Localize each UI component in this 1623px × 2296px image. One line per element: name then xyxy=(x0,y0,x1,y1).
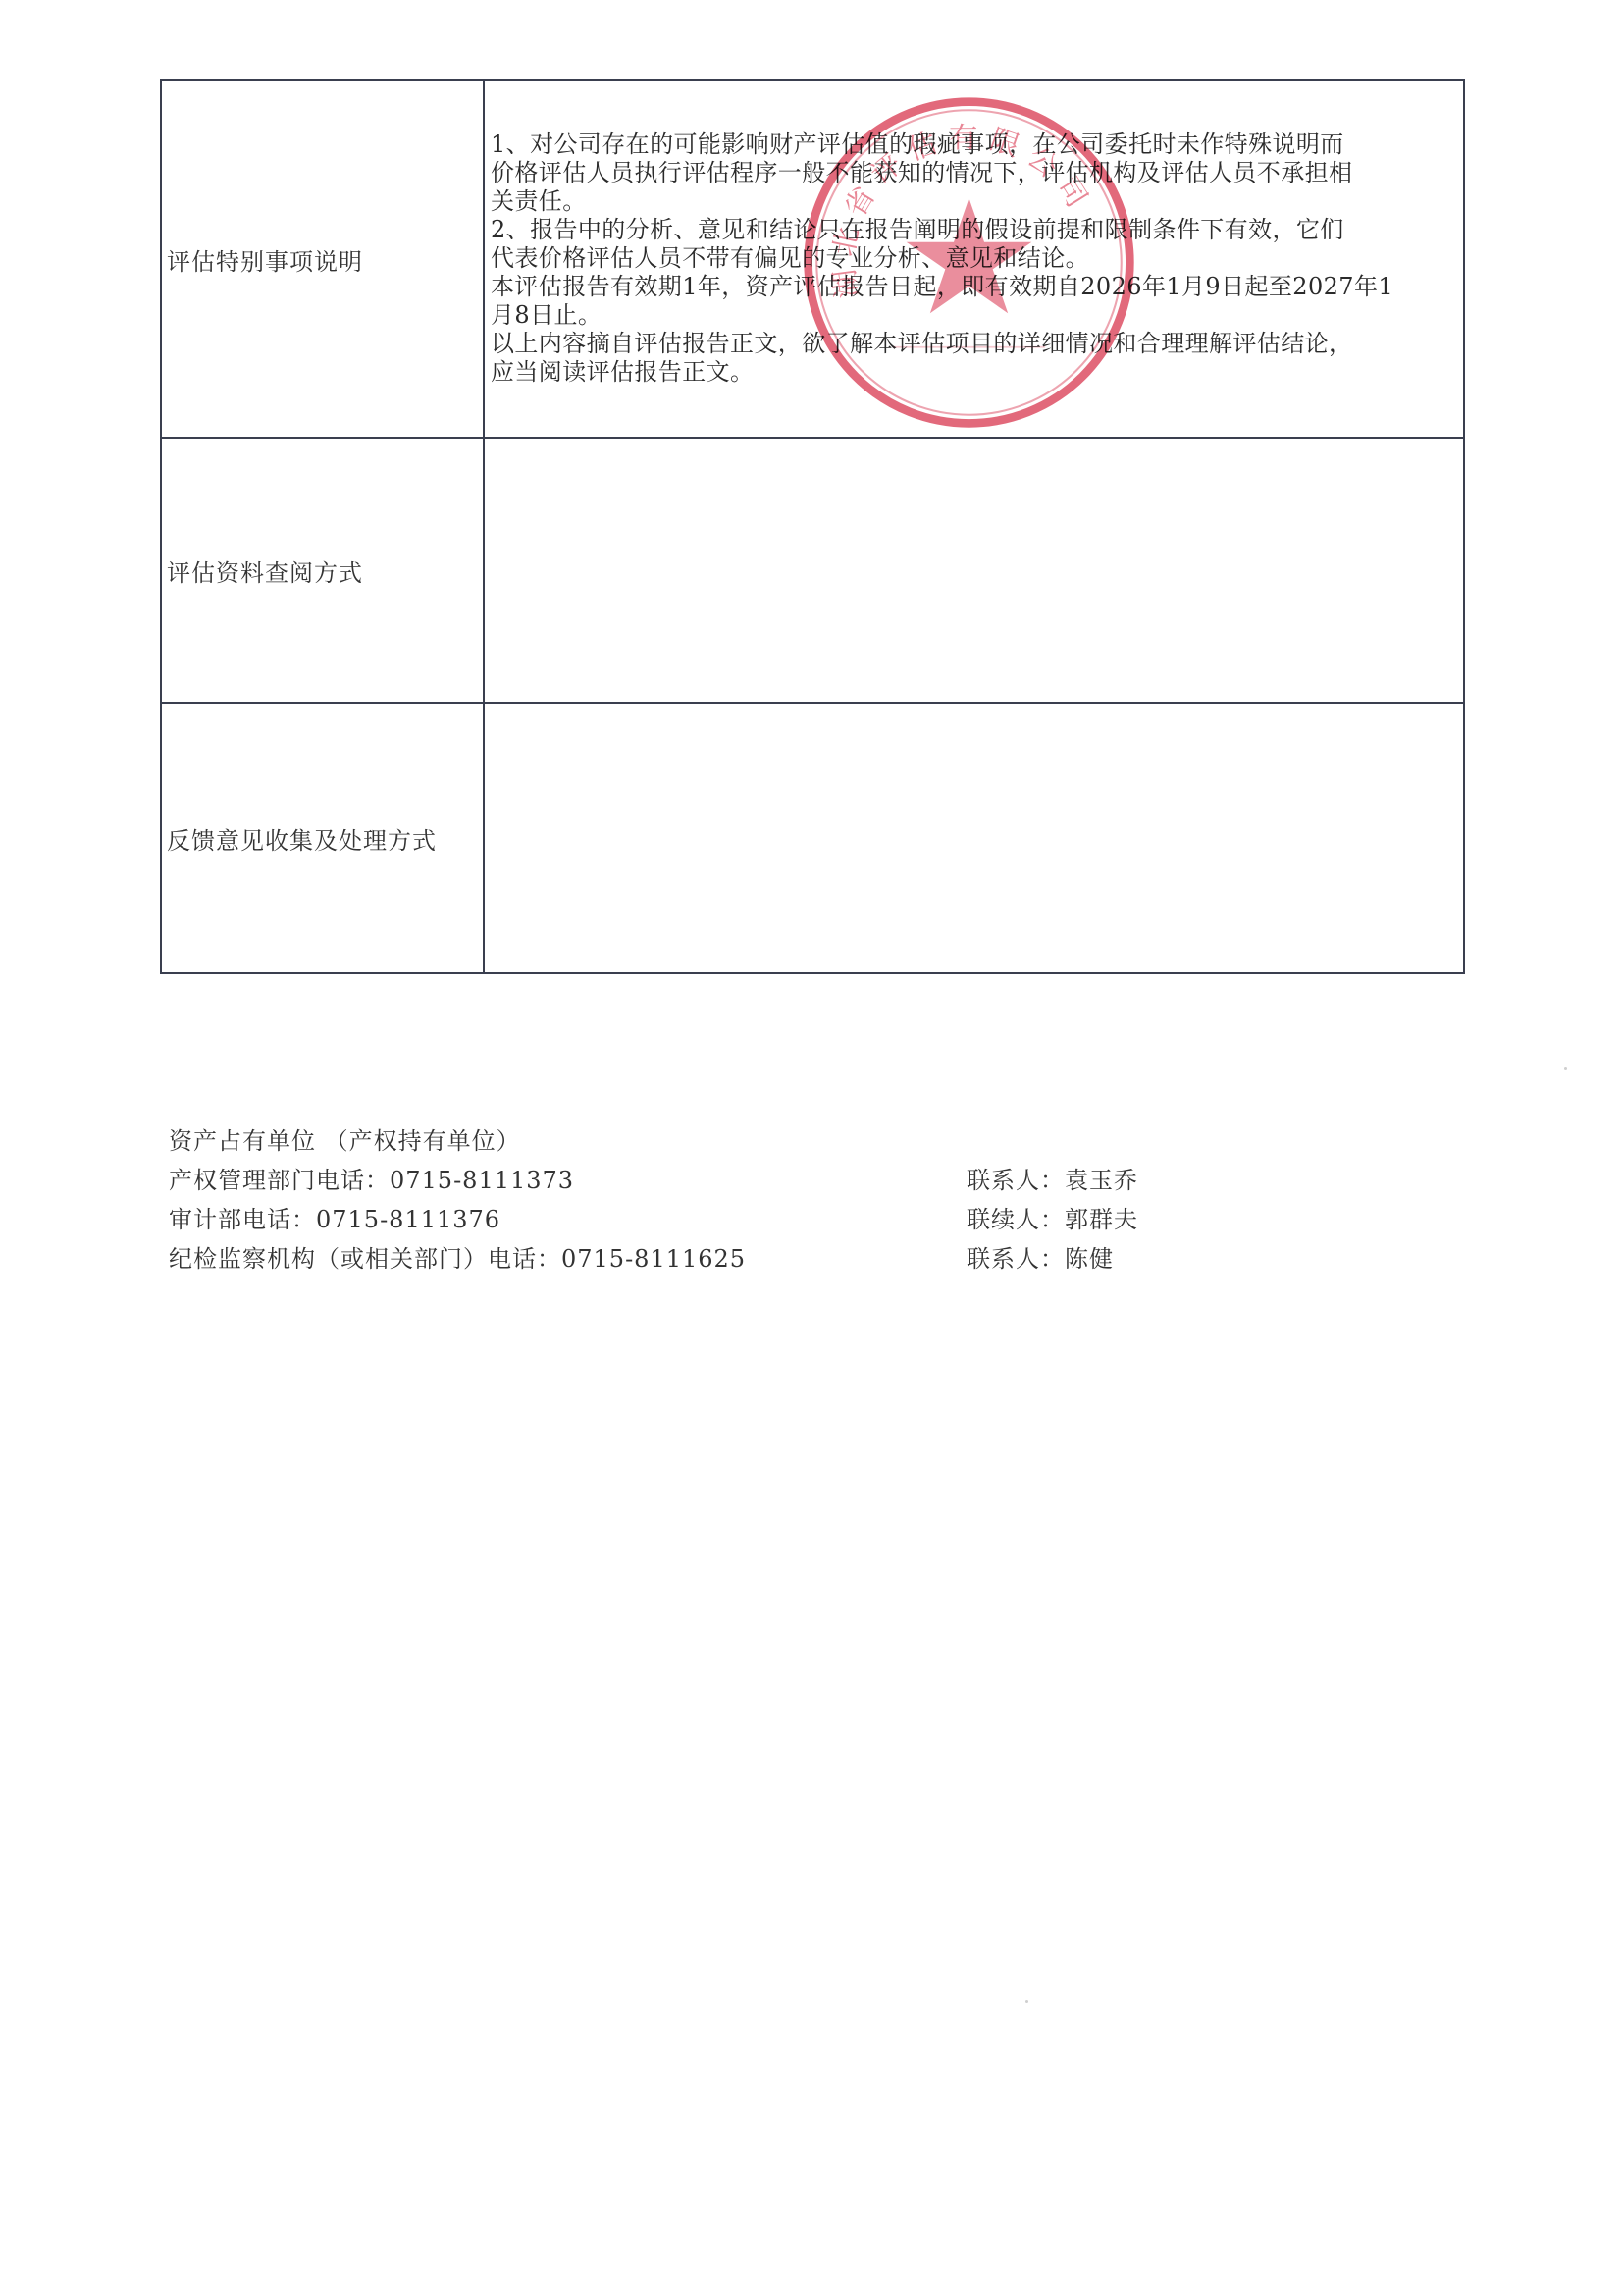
row-label: 反馈意见收集及处理方式 xyxy=(161,703,484,973)
feedback-content xyxy=(484,703,1464,973)
table-row-feedback: 反馈意见收集及处理方式 xyxy=(161,703,1464,973)
audit-dept-phone: 审计部电话：0715-8111376 xyxy=(169,1200,746,1239)
content-line: 2、报告中的分析、意见和结论只在报告阐明的假设前提和限制条件下有效，它们 xyxy=(491,216,1455,244)
special-matters-content: 1、对公司存在的可能影响财产评估值的瑕疵事项，在公司委托时未作特殊说明而 价格评… xyxy=(484,80,1464,438)
content-line: 以上内容摘自评估报告正文，欲了解本评估项目的详细情况和合理理解评估结论， xyxy=(491,330,1455,358)
content-line: 应当阅读评估报告正文。 xyxy=(491,358,1455,387)
contact-person: 联续人：郭群夫 xyxy=(967,1200,1138,1239)
content-line: 月8日止。 xyxy=(491,301,1455,330)
scan-speck xyxy=(1025,2000,1028,2003)
content-line: 价格评估人员执行评估程序一般不能获知的情况下，评估机构及评估人员不承担相 xyxy=(491,159,1455,187)
table-row-material-access: 评估资料查阅方式 xyxy=(161,438,1464,703)
material-access-content xyxy=(484,438,1464,703)
table-row-special-matters: 评估特别事项说明 1、对公司存在的可能影响财产评估值的瑕疵事项，在公司委托时未作… xyxy=(161,80,1464,438)
property-dept-phone: 产权管理部门电话：0715-8111373 xyxy=(169,1161,746,1200)
row-label: 评估资料查阅方式 xyxy=(161,438,484,703)
contact-info-left: 资产占有单位 （产权持有单位） 产权管理部门电话：0715-8111373 审计… xyxy=(169,1122,746,1278)
discipline-dept-phone: 纪检监察机构（或相关部门）电话：0715-8111625 xyxy=(169,1239,746,1278)
asset-holder-heading: 资产占有单位 （产权持有单位） xyxy=(169,1122,746,1161)
document-page: 评估特别事项说明 1、对公司存在的可能影响财产评估值的瑕疵事项，在公司委托时未作… xyxy=(0,0,1623,2296)
contact-person: 联系人：袁玉乔 xyxy=(967,1161,1138,1200)
assessment-summary-table: 评估特别事项说明 1、对公司存在的可能影响财产评估值的瑕疵事项，在公司委托时未作… xyxy=(160,79,1465,974)
contact-info-right: 联系人：袁玉乔 联续人：郭群夫 联系人：陈健 xyxy=(967,1161,1138,1278)
scan-speck xyxy=(1564,1067,1567,1070)
content-line: 关责任。 xyxy=(491,187,1455,216)
content-line: 1、对公司存在的可能影响财产评估值的瑕疵事项，在公司委托时未作特殊说明而 xyxy=(491,130,1455,159)
row-label: 评估特别事项说明 xyxy=(161,80,484,438)
content-line: 本评估报告有效期1年，资产评估报告日起，即有效期自2026年1月9日起至2027… xyxy=(491,273,1455,301)
content-line: 代表价格评估人员不带有偏见的专业分析、意见和结论。 xyxy=(491,244,1455,273)
contact-person: 联系人：陈健 xyxy=(967,1239,1138,1278)
